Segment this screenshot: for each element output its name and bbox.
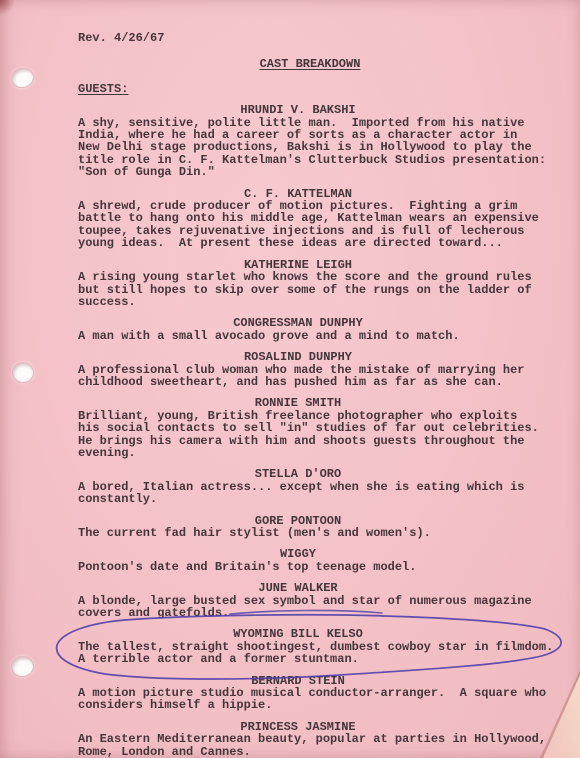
character-description: A professional club woman who made the m…: [78, 364, 556, 389]
cast-entry: JUNE WALKER A blonde, large busted sex s…: [78, 582, 556, 619]
cast-entry-circled: WYOMING BILL KELSO The tallest, straight…: [78, 628, 556, 665]
cast-entry: ROSALIND DUNPHY A professional club woma…: [78, 351, 556, 388]
character-name: JUNE WALKER: [78, 582, 518, 594]
character-description: An Eastern Mediterranean beauty, popular…: [78, 733, 556, 758]
character-description: Pontoon's date and Britain's top teenage…: [78, 561, 556, 573]
cast-entry: C. F. KATTELMAN A shrewd, crude producer…: [78, 188, 556, 250]
typed-content: Rev. 4/26/67 CAST BREAKDOWN GUESTS: HRUN…: [78, 32, 556, 758]
section-label: GUESTS:: [78, 82, 128, 96]
character-name: WIGGY: [78, 548, 518, 560]
character-name: WYOMING BILL KELSO: [78, 628, 518, 640]
character-name: HRUNDI V. BAKSHI: [78, 104, 518, 116]
character-description: A motion picture studio musical conducto…: [78, 687, 556, 712]
character-description: A shy, sensitive, polite little man. Imp…: [78, 117, 556, 179]
character-name: CONGRESSMAN DUNPHY: [78, 317, 518, 329]
cast-entry: STELLA D'ORO A bored, Italian actress...…: [78, 468, 556, 505]
character-description: Brilliant, young, British freelance phot…: [78, 410, 556, 460]
cast-entry: CONGRESSMAN DUNPHY A man with a small av…: [78, 317, 556, 342]
character-description: The current fad hair stylist (men's and …: [78, 527, 556, 539]
cast-entry: WIGGY Pontoon's date and Britain's top t…: [78, 548, 556, 573]
character-description: A shrewd, crude producer of motion pictu…: [78, 200, 556, 250]
scanned-cast-breakdown-page: { "page": { "revision": "Rev. 4/26/67", …: [0, 0, 580, 758]
character-description: A bored, Italian actress... except when …: [78, 481, 556, 506]
character-name: RONNIE SMITH: [78, 397, 518, 409]
character-description: A man with a small avocado grove and a m…: [78, 330, 556, 342]
character-description: A blonde, large busted sex symbol and st…: [78, 595, 556, 620]
cast-entry: RONNIE SMITH Brilliant, young, British f…: [78, 397, 556, 459]
punch-hole-middle: [13, 363, 33, 382]
page-title: CAST BREAKDOWN: [260, 57, 361, 71]
cast-entry: HRUNDI V. BAKSHI A shy, sensitive, polit…: [78, 104, 556, 178]
cast-entry: GORE PONTOON The current fad hair stylis…: [78, 515, 556, 540]
cast-entry: KATHERINE LEIGH A rising young starlet w…: [78, 259, 556, 309]
guests-row: GUESTS:: [78, 83, 556, 95]
cast-entry: PRINCESS JASMINE An Eastern Mediterranea…: [78, 721, 556, 758]
revision-date: Rev. 4/26/67: [78, 32, 556, 44]
cast-entry: BERNARD STEIN A motion picture studio mu…: [78, 675, 556, 712]
character-name: ROSALIND DUNPHY: [78, 351, 518, 363]
corner-smudge: [0, 0, 14, 16]
cast-list: HRUNDI V. BAKSHI A shy, sensitive, polit…: [78, 104, 556, 758]
character-description: The tallest, straight shootingest, dumbe…: [78, 641, 556, 666]
character-name: STELLA D'ORO: [78, 468, 518, 480]
title-row: CAST BREAKDOWN: [78, 58, 542, 70]
character-description: A rising young starlet who knows the sco…: [78, 271, 556, 308]
